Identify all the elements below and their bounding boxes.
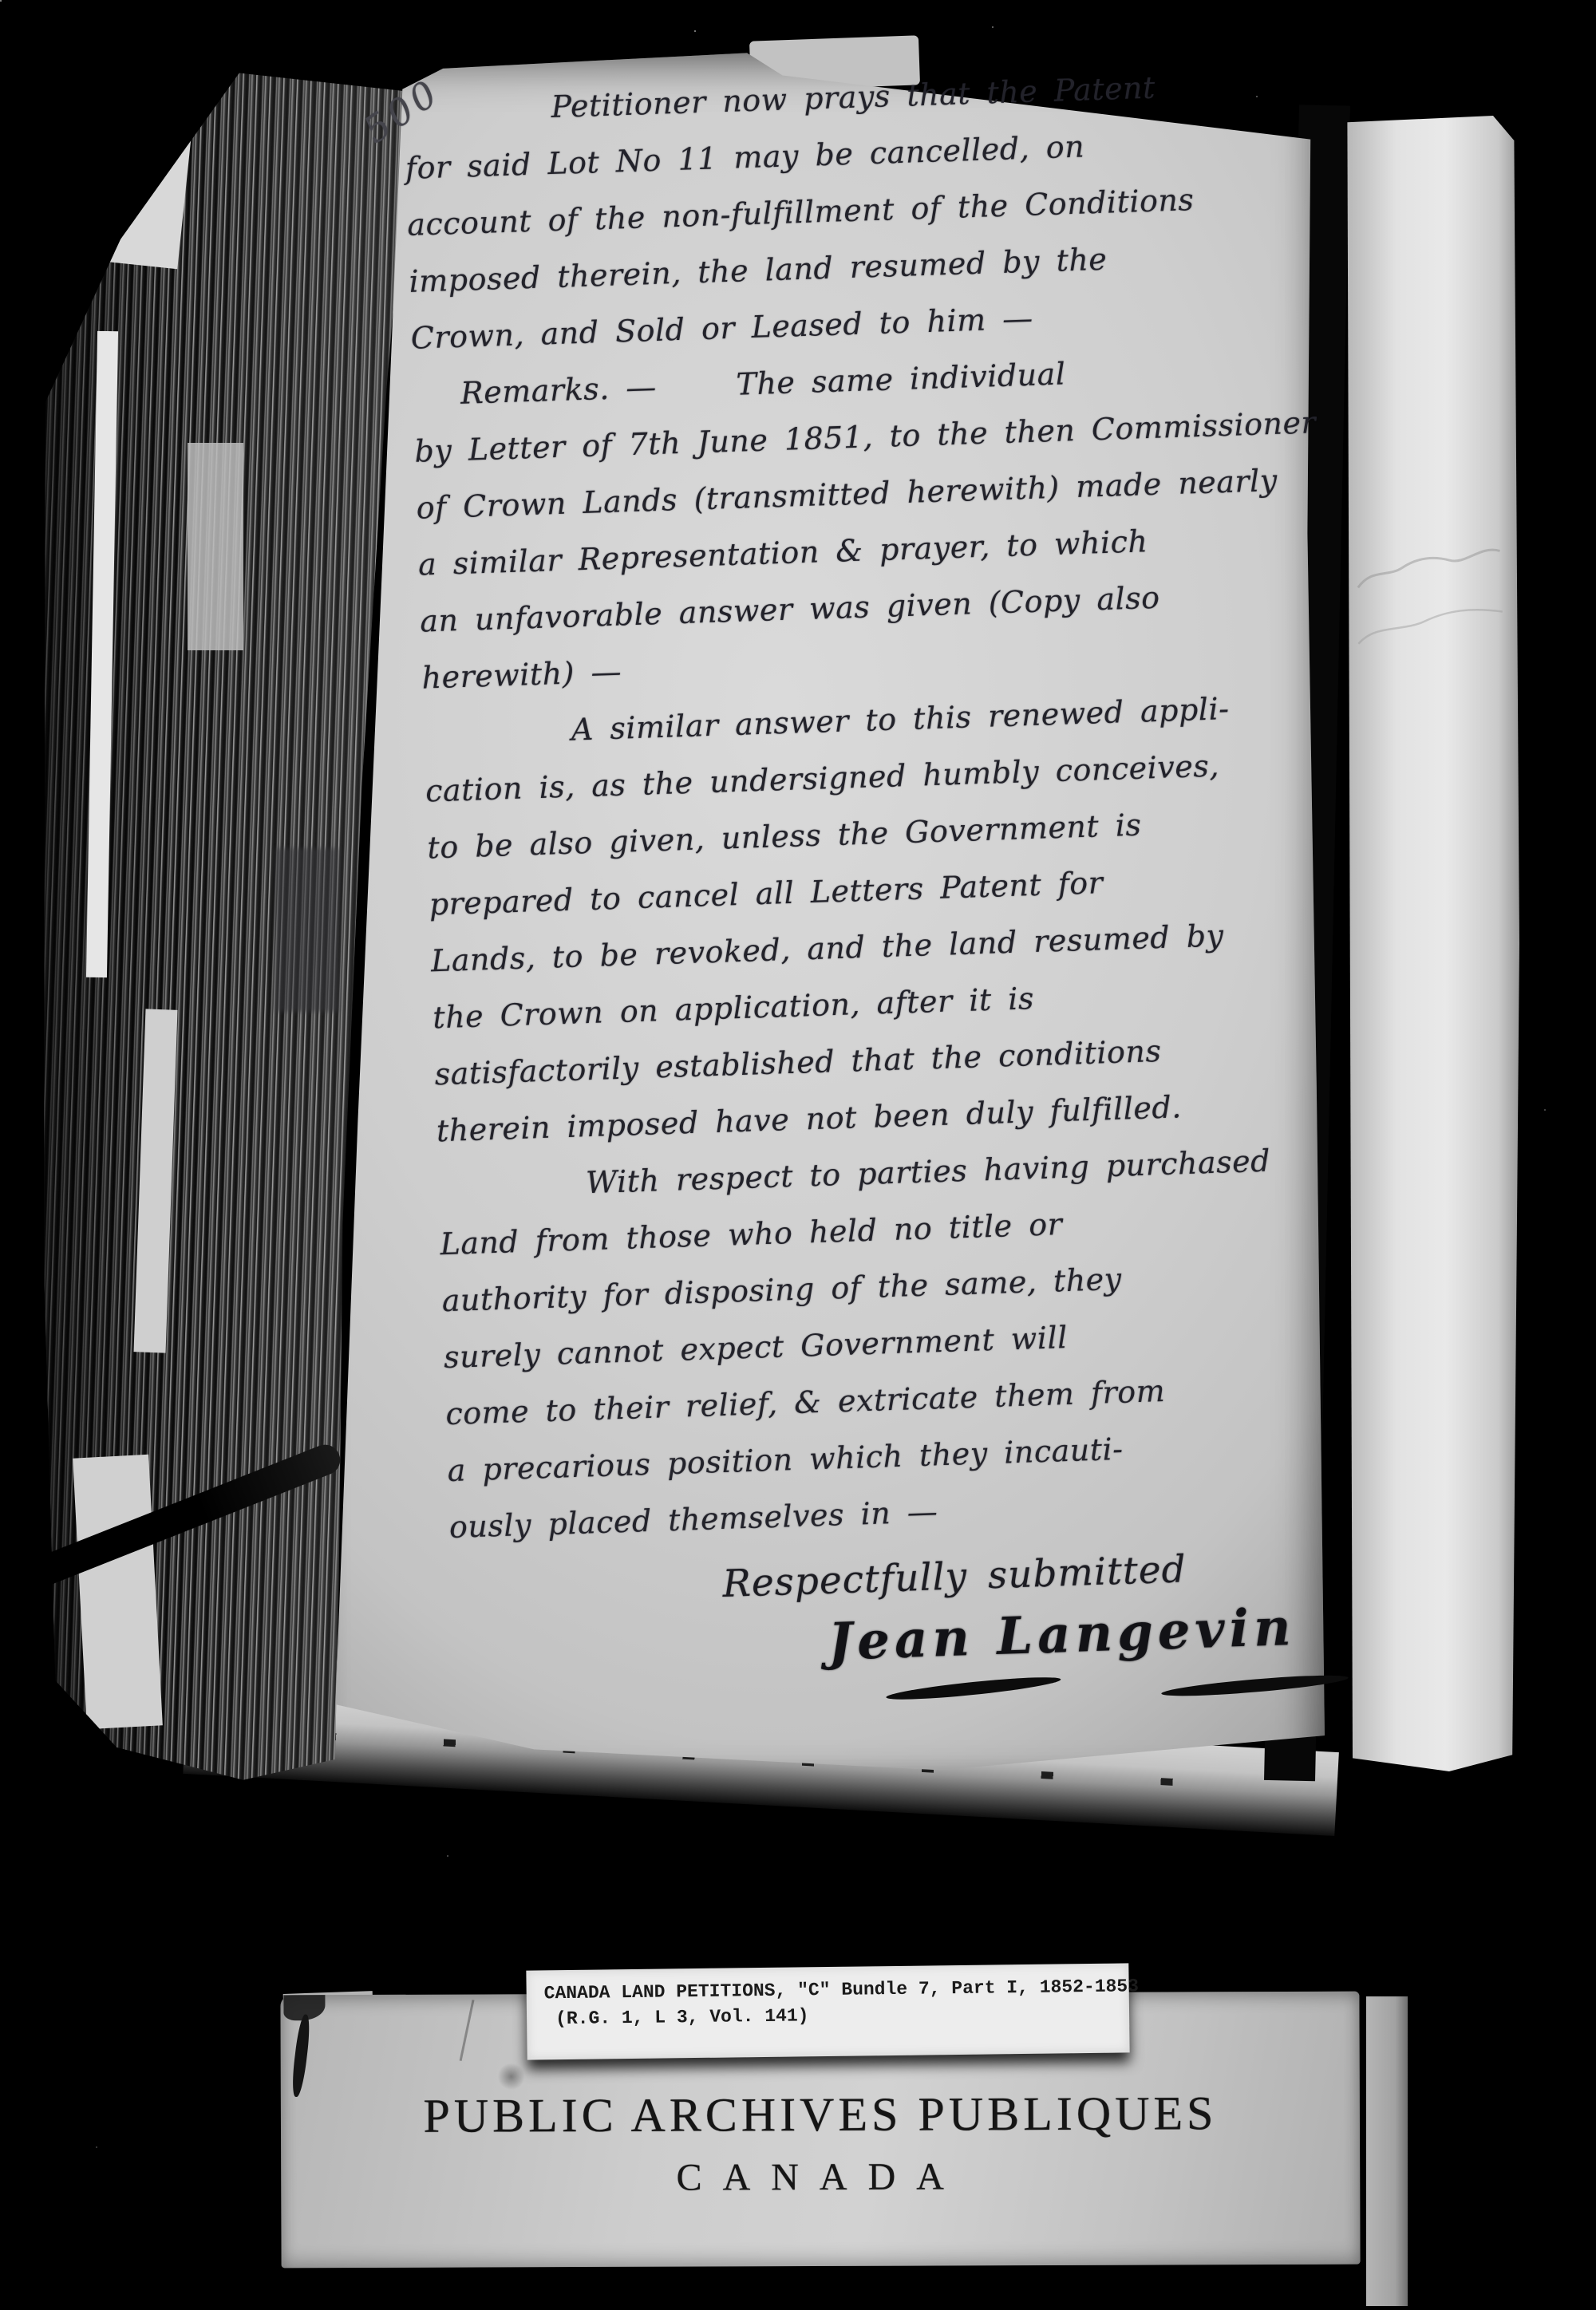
paper-scrap	[102, 71, 198, 270]
paper-scrap	[188, 443, 243, 650]
reference-line-1: CANADA LAND PETITIONS, "C" Bundle 7, Par…	[544, 1976, 1129, 2004]
facing-page-edge	[1344, 116, 1519, 1771]
manuscript-lines: Petitioner now prays that the Patentfor …	[403, 67, 1296, 1566]
archive-title: PUBLIC ARCHIVES PUBLIQUES	[281, 2086, 1360, 2145]
faint-pencil-note	[1340, 513, 1527, 708]
paper-scrap	[86, 331, 118, 977]
paper-scrap	[73, 1455, 163, 1730]
pen-mark	[290, 2014, 312, 2098]
manuscript-text: Petitioner now prays that the Patentfor …	[403, 67, 1300, 1684]
archive-subtitle: CANADA	[281, 2154, 1360, 2201]
reference-line-2: (R.G. 1, L 3, Vol. 141)	[544, 2001, 1129, 2029]
dust-specks	[0, 0, 2, 2]
margin-stain	[275, 848, 339, 1012]
card-crease	[460, 2000, 475, 2061]
card-smudge	[498, 2063, 525, 2090]
typed-reference-label: CANADA LAND PETITIONS, "C" Bundle 7, Par…	[526, 1963, 1129, 2059]
card-side-strip	[1366, 1996, 1408, 2306]
archival-photograph: 500 Petitioner now prays that the Patent…	[0, 0, 1596, 2310]
paper-scrap	[134, 1009, 178, 1352]
